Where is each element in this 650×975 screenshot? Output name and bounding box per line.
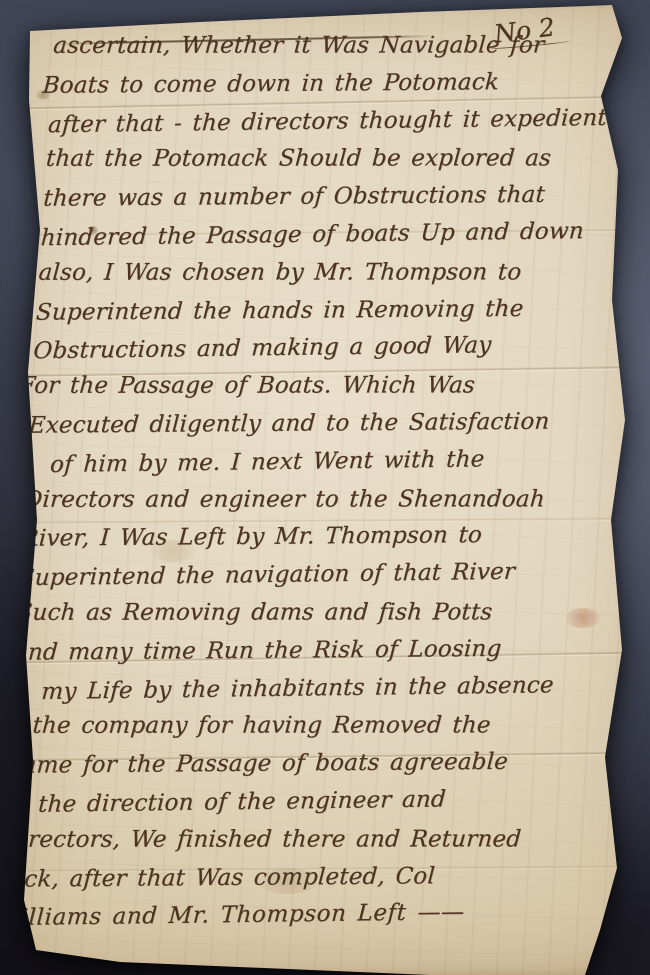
manuscript-line: ascertain, Whether it Was Navigable for	[52, 32, 621, 70]
manuscript-line: and many time Run the Risk of Loosing	[12, 635, 581, 677]
manuscript-page: No 2 ascertain, Whether it Was Navigable…	[0, 0, 650, 975]
manuscript-line: Superintend the hands in Removing the	[34, 295, 603, 337]
manuscript-line: Obstructions and making a good Way	[32, 331, 601, 376]
manuscript-line: after that - the directors thought it ex…	[47, 104, 616, 149]
manuscript-line: to the direction of the engineer and	[3, 785, 572, 830]
manuscript-line: Same for the Passage of boats agreeable	[5, 748, 574, 790]
manuscript-line: River, I Was Left by Mr. Thompson to	[20, 522, 589, 564]
photo-background: No 2 ascertain, Whether it Was Navigable…	[0, 0, 650, 975]
manuscript-line: Boats to come down in the Potomack	[41, 68, 618, 110]
manuscript-line: of the company for having Removed the	[0, 713, 576, 751]
manuscript-line: Directors, We finished there and Returne…	[0, 826, 569, 864]
manuscript-line: my Life by the inhabitants in the absenc…	[40, 671, 579, 716]
manuscript-line: of him by me. I next Went with the	[49, 445, 594, 490]
manuscript-line: hindered the Passage of boats Up and dow…	[39, 218, 608, 263]
manuscript-line: Superintend the navigation of that River	[17, 558, 586, 603]
manuscript-text: ascertain, Whether it Was Navigable for …	[0, 31, 620, 941]
manuscript-page-wrapper: No 2 ascertain, Whether it Was Navigable…	[0, 0, 650, 975]
manuscript-line: Executed diligently and to the Satisfact…	[27, 408, 596, 450]
manuscript-line: For the Passage of Boats. Which Was	[18, 372, 599, 410]
manuscript-line: Williams and Mr. Thompson Left ——	[0, 898, 564, 943]
manuscript-line: Directors and engineer to the Shenandoah	[22, 486, 591, 524]
manuscript-line: that the Potomack Should be explored as	[44, 146, 613, 184]
manuscript-line: also, I Was chosen by Mr. Thompson to	[37, 259, 606, 297]
manuscript-line: Such as Removing dams and fish Potts	[15, 599, 584, 637]
manuscript-line: there was a number of Obstructions that	[42, 181, 611, 223]
manuscript-line: Back, after that Was completed, Col	[0, 862, 566, 904]
